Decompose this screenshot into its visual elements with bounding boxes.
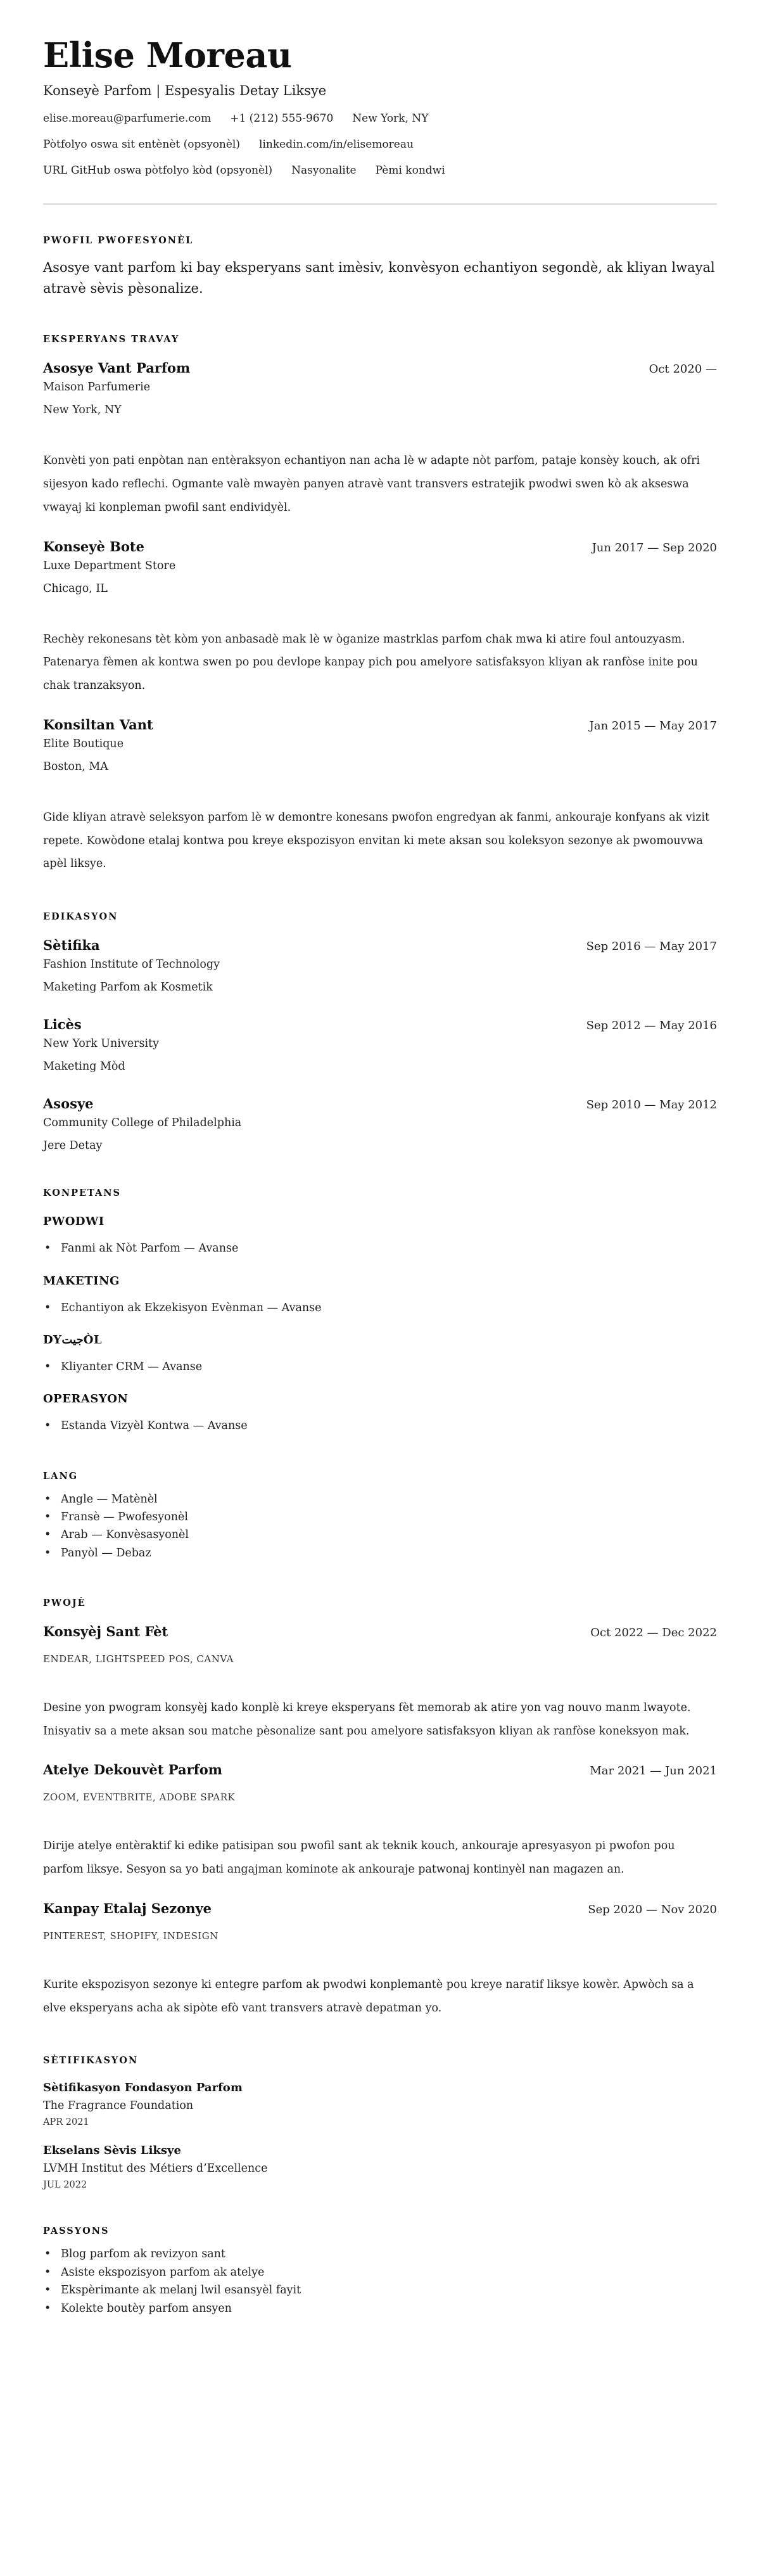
interest-item: Blog parfom ak revizyon sant: [43, 2245, 717, 2263]
education-entry: AsosyeSep 2010 — May 2012Community Colle…: [43, 1096, 717, 1152]
certification-entry: Ekselans Sèvis LiksyeLVMH Institut des M…: [43, 2144, 717, 2190]
project-tools: ZOOM, EVENTBRITE, ADOBE SPARK: [43, 1791, 717, 1803]
project-title: Kanpay Etalaj Sezonye: [43, 1900, 212, 1916]
candidate-title: Konseyè Parfom | Espesyalis Detay Liksye: [43, 83, 717, 98]
company-name: Luxe Department Store: [43, 560, 717, 572]
education-entry: LicèsSep 2012 — May 2016New York Univers…: [43, 1016, 717, 1073]
field-of-study: Maketing Mòd: [43, 1060, 717, 1073]
field-of-study: Jere Detay: [43, 1139, 717, 1152]
certification-name: Sètifikasyon Fondasyon Parfom: [43, 2081, 717, 2094]
field-of-study: Maketing Parfom ak Kosmetik: [43, 981, 717, 994]
project-entry: Kanpay Etalaj SezonyeSep 2020 — Nov 2020…: [43, 1900, 717, 2020]
certification-name: Ekselans Sèvis Liksye: [43, 2144, 717, 2157]
contact-item: Pòtfolyo oswa sit entènèt (opsyonèl): [43, 138, 240, 151]
skill-group-title: PWODWI: [43, 1215, 717, 1228]
skill-item: Fanmi ak Nòt Parfom — Avanse: [43, 1240, 717, 1257]
job-title: Konsiltan Vant: [43, 717, 153, 733]
education-entry: SètifikaSep 2016 — May 2017Fashion Insti…: [43, 937, 717, 994]
project-entry: Konsyèj Sant FètOct 2022 — Dec 2022ENDEA…: [43, 1624, 717, 1743]
degree: Licès: [43, 1016, 82, 1032]
contact-row: URL GitHub oswa pòtfolyo kòd (opsyonèl)N…: [43, 164, 717, 177]
company-name: Maison Parfumerie: [43, 381, 717, 394]
entry-header: Konseyè BoteJun 2017 — Sep 2020: [43, 539, 717, 554]
interests-section: PASSYONS Blog parfom ak revizyon santAsi…: [43, 2226, 717, 2317]
certification-date: JUL 2022: [43, 2180, 717, 2190]
profile-section: PWOFIL PWOFESYONÈL Asosye vant parfom ki…: [43, 235, 717, 298]
resume-header: Elise Moreau Konseyè Parfom | Espesyalis…: [43, 37, 717, 205]
skill-list: Estanda Vizyèl Kontwa — Avanse: [43, 1417, 717, 1435]
projects-section: PWOJÈ Konsyèj Sant FètOct 2022 — Dec 202…: [43, 1598, 717, 2020]
skill-list: Echantiyon ak Ekzekisyon Evènman — Avans…: [43, 1299, 717, 1317]
project-dates: Mar 2021 — Jun 2021: [590, 1764, 717, 1778]
skill-group: PWODWIFanmi ak Nòt Parfom — Avanse: [43, 1215, 717, 1257]
section-heading: EKSPERYANS TRAVAY: [43, 334, 717, 345]
job-dates: Oct 2020 —: [649, 362, 717, 376]
entry-header: Asosye Vant ParfomOct 2020 —: [43, 360, 717, 376]
skill-group-title: MAKETING: [43, 1274, 717, 1288]
language-item: Arab — Konvèsasyonèl: [43, 1526, 717, 1544]
contact-row: Pòtfolyo oswa sit entènèt (opsyonèl)link…: [43, 138, 717, 151]
resume-page: Elise Moreau Konseyè Parfom | Espesyalis…: [0, 0, 760, 2343]
job-title: Konseyè Bote: [43, 539, 144, 554]
job-description: Gide kliyan atravè seleksyon parfom lè w…: [43, 806, 717, 876]
degree: Asosye: [43, 1096, 94, 1112]
project-description: Dirije atelye entèraktif ki edike patisi…: [43, 1835, 717, 1881]
languages-list: Angle — MatènèlFransè — PwofesyonèlArab …: [43, 1490, 717, 1562]
section-heading: LANG: [43, 1471, 717, 1482]
contact-info: elise.moreau@parfumerie.com+1 (212) 555-…: [43, 112, 717, 177]
interest-item: Kolekte boutèy parfom ansyen: [43, 2300, 717, 2317]
contact-item[interactable]: elise.moreau@parfumerie.com: [43, 112, 211, 125]
header-divider: [43, 203, 717, 205]
education-dates: Sep 2012 — May 2016: [586, 1019, 717, 1032]
job-dates: Jun 2017 — Sep 2020: [592, 541, 717, 554]
skill-list: Fanmi ak Nòt Parfom — Avanse: [43, 1240, 717, 1257]
certification-date: APR 2021: [43, 2117, 717, 2127]
skill-item: Estanda Vizyèl Kontwa — Avanse: [43, 1417, 717, 1435]
section-heading: KONPETANS: [43, 1188, 717, 1198]
interest-item: Ekspèrimante ak melanj lwil esansyèl fay…: [43, 2281, 717, 2299]
job-dates: Jan 2015 — May 2017: [590, 719, 717, 733]
certification-issuer: LVMH Institut des Métiers d’Excellence: [43, 2162, 717, 2175]
skill-group: OPERASYONEstanda Vizyèl Kontwa — Avanse: [43, 1392, 717, 1435]
entry-header: SètifikaSep 2016 — May 2017: [43, 937, 717, 953]
profile-summary: Asosye vant parfom ki bay eksperyans san…: [43, 257, 717, 298]
job-description: Rechèy rekonesans tèt kòm yon anbasadè m…: [43, 628, 717, 698]
school-name: Community College of Philadelphia: [43, 1117, 717, 1129]
interests-list: Blog parfom ak revizyon santAsiste ekspo…: [43, 2245, 717, 2317]
contact-item[interactable]: linkedin.com/in/elisemoreau: [259, 138, 414, 151]
interest-item: Asiste ekspozisyon parfom ak atelye: [43, 2264, 717, 2281]
language-item: Angle — Matènèl: [43, 1490, 717, 1508]
entry-header: Kanpay Etalaj SezonyeSep 2020 — Nov 2020: [43, 1900, 717, 1916]
skill-group-title: DYجيتÒL: [43, 1333, 717, 1347]
project-dates: Oct 2022 — Dec 2022: [590, 1626, 717, 1639]
job-location: Boston, MA: [43, 760, 717, 773]
job-description: Konvèti yon pati enpòtan nan entèraksyon…: [43, 449, 717, 519]
project-tools: PINTEREST, SHOPIFY, INDESIGN: [43, 1930, 717, 1942]
section-heading: PWOJÈ: [43, 1598, 717, 1608]
skill-group-title: OPERASYON: [43, 1392, 717, 1406]
contact-item[interactable]: +1 (212) 555-9670: [230, 112, 333, 125]
project-title: Atelye Dekouvèt Parfom: [43, 1762, 222, 1778]
education-section: EDIKASYON SètifikaSep 2016 — May 2017Fas…: [43, 911, 717, 1152]
languages-section: LANG Angle — MatènèlFransè — Pwofesyonèl…: [43, 1471, 717, 1562]
education-dates: Sep 2016 — May 2017: [586, 940, 717, 953]
section-heading: PWOFIL PWOFESYONÈL: [43, 235, 717, 246]
job-location: New York, NY: [43, 404, 717, 416]
education-dates: Sep 2010 — May 2012: [586, 1098, 717, 1112]
job-title: Asosye Vant Parfom: [43, 360, 190, 376]
school-name: New York University: [43, 1037, 717, 1050]
skill-item: Kliyanter CRM — Avanse: [43, 1358, 717, 1376]
contact-item: Pèmi kondwi: [376, 164, 445, 177]
section-heading: SÈTIFIKASYON: [43, 2055, 717, 2066]
certification-entry: Sètifikasyon Fondasyon ParfomThe Fragran…: [43, 2081, 717, 2127]
experience-entry: Konsiltan VantJan 2015 — May 2017Elite B…: [43, 717, 717, 876]
entry-header: AsosyeSep 2010 — May 2012: [43, 1096, 717, 1112]
certification-issuer: The Fragrance Foundation: [43, 2099, 717, 2112]
company-name: Elite Boutique: [43, 738, 717, 750]
experience-section: EKSPERYANS TRAVAY Asosye Vant ParfomOct …: [43, 334, 717, 876]
project-dates: Sep 2020 — Nov 2020: [588, 1903, 717, 1916]
entry-header: Konsyèj Sant FètOct 2022 — Dec 2022: [43, 1624, 717, 1639]
section-heading: PASSYONS: [43, 2226, 717, 2236]
section-heading: EDIKASYON: [43, 911, 717, 922]
project-description: Kurite ekspozisyon sezonye ki entegre pa…: [43, 1973, 717, 2020]
skill-group: DYجيتÒLKliyanter CRM — Avanse: [43, 1333, 717, 1376]
degree: Sètifika: [43, 937, 100, 953]
skill-group: MAKETINGEchantiyon ak Ekzekisyon Evènman…: [43, 1274, 717, 1317]
contact-item: New York, NY: [352, 112, 428, 125]
contact-row: elise.moreau@parfumerie.com+1 (212) 555-…: [43, 112, 717, 125]
contact-item: Nasyonalite: [291, 164, 356, 177]
project-entry: Atelye Dekouvèt ParfomMar 2021 — Jun 202…: [43, 1762, 717, 1881]
entry-header: Konsiltan VantJan 2015 — May 2017: [43, 717, 717, 733]
candidate-name: Elise Moreau: [43, 37, 717, 74]
contact-item: URL GitHub oswa pòtfolyo kòd (opsyonèl): [43, 164, 272, 177]
project-title: Konsyèj Sant Fèt: [43, 1624, 168, 1639]
skills-section: KONPETANS PWODWIFanmi ak Nòt Parfom — Av…: [43, 1188, 717, 1435]
skill-list: Kliyanter CRM — Avanse: [43, 1358, 717, 1376]
school-name: Fashion Institute of Technology: [43, 958, 717, 971]
skill-item: Echantiyon ak Ekzekisyon Evènman — Avans…: [43, 1299, 717, 1317]
language-item: Fransè — Pwofesyonèl: [43, 1508, 717, 1526]
experience-entry: Konseyè BoteJun 2017 — Sep 2020Luxe Depa…: [43, 539, 717, 698]
entry-header: Atelye Dekouvèt ParfomMar 2021 — Jun 202…: [43, 1762, 717, 1778]
project-description: Desine yon pwogram konsyèj kado konplè k…: [43, 1696, 717, 1743]
language-item: Panyòl — Debaz: [43, 1544, 717, 1562]
experience-entry: Asosye Vant ParfomOct 2020 —Maison Parfu…: [43, 360, 717, 519]
project-tools: ENDEAR, LIGHTSPEED POS, CANVA: [43, 1653, 717, 1665]
entry-header: LicèsSep 2012 — May 2016: [43, 1016, 717, 1032]
job-location: Chicago, IL: [43, 582, 717, 595]
certifications-section: SÈTIFIKASYON Sètifikasyon Fondasyon Parf…: [43, 2055, 717, 2190]
